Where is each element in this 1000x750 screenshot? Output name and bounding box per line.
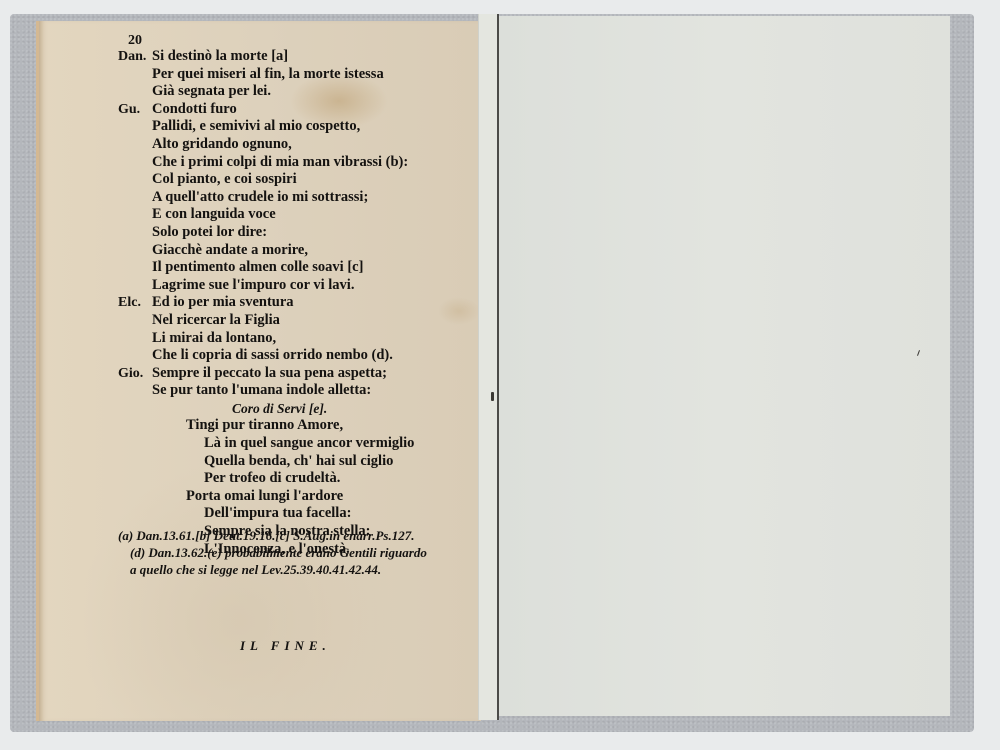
speaker-label: Dan. [118, 48, 146, 66]
verse-line: Elc.Ed io per mia sventura [118, 294, 478, 312]
footnote-line: (d) Dan.13.62.(e) probabilmente erano Ge… [118, 544, 488, 561]
verse-line: Se pur tanto l'umana indole alletta: [118, 382, 478, 400]
verse-line: Gio.Sempre il peccato la sua pena aspett… [118, 365, 478, 383]
verse-line: Pallidi, e semivivi al mio cospetto, [118, 118, 478, 136]
verse-line: Dan.Si destinò la morte [a] [118, 48, 478, 66]
footnote-line: (a) Dan.13.61.[b] Deut.19.16.[c] S.Aug.i… [118, 527, 488, 544]
chorus-line: Per trofeo di crudeltà. [118, 470, 478, 488]
verse-line: Lagrime sue l'impuro cor vi lavi. [118, 277, 478, 295]
chorus-line: Dell'impura tua facella: [118, 505, 478, 523]
verse-line: E con languida voce [118, 206, 478, 224]
footnotes: (a) Dan.13.61.[b] Deut.19.16.[c] S.Aug.i… [118, 527, 488, 578]
speaker-label: Gio. [118, 365, 143, 383]
verse-line: Nel ricercar la Figlia [118, 312, 478, 330]
speaker-label: Elc. [118, 294, 141, 312]
chorus-line: Quella benda, ch' hai sul ciglio [118, 453, 478, 471]
chorus-heading: Coro di Servi [e]. [118, 400, 478, 418]
ink-mark [491, 392, 494, 401]
verse-line: Giacchè andate a morire, [118, 242, 478, 260]
verse-line: Che li copria di sassi orrido nembo (d). [118, 347, 478, 365]
verse-line: Li mirai da lontano, [118, 330, 478, 348]
verse-line: Gu.Condotti furo [118, 101, 478, 119]
verse-text: 20 Dan.Si destinò la morte [a] Per quei … [118, 32, 478, 558]
right-page-blank [499, 16, 950, 716]
verse-line: Col pianto, e coi sospiri [118, 171, 478, 189]
verse-line: Solo potei lor dire: [118, 224, 478, 242]
verse-line: Che i primi colpi di mia man vibrassi (b… [118, 154, 478, 172]
footnote-line: a quello che si legge nel Lev.25.39.40.4… [118, 561, 488, 578]
spine-strip [478, 14, 497, 720]
chorus-line: Tingi pur tiranno Amore, [118, 417, 478, 435]
chorus-line: Porta omai lungi l'ardore [118, 488, 478, 506]
chorus-line: Là in quel sangue ancor vermiglio [118, 435, 478, 453]
verse-line: Già segnata per lei. [118, 83, 478, 101]
closing-il-fine: IL FINE. [240, 638, 331, 654]
verse-line: Per quei miseri al fin, la morte istessa [118, 66, 478, 84]
speaker-label: Gu. [118, 101, 140, 119]
verse-line: A quell'atto crudele io mi sottrassi; [118, 189, 478, 207]
verse-line: Alto gridando ognuno, [118, 136, 478, 154]
page-number: 20 [118, 32, 478, 48]
verse-line: Il pentimento almen colle soavi [c] [118, 259, 478, 277]
